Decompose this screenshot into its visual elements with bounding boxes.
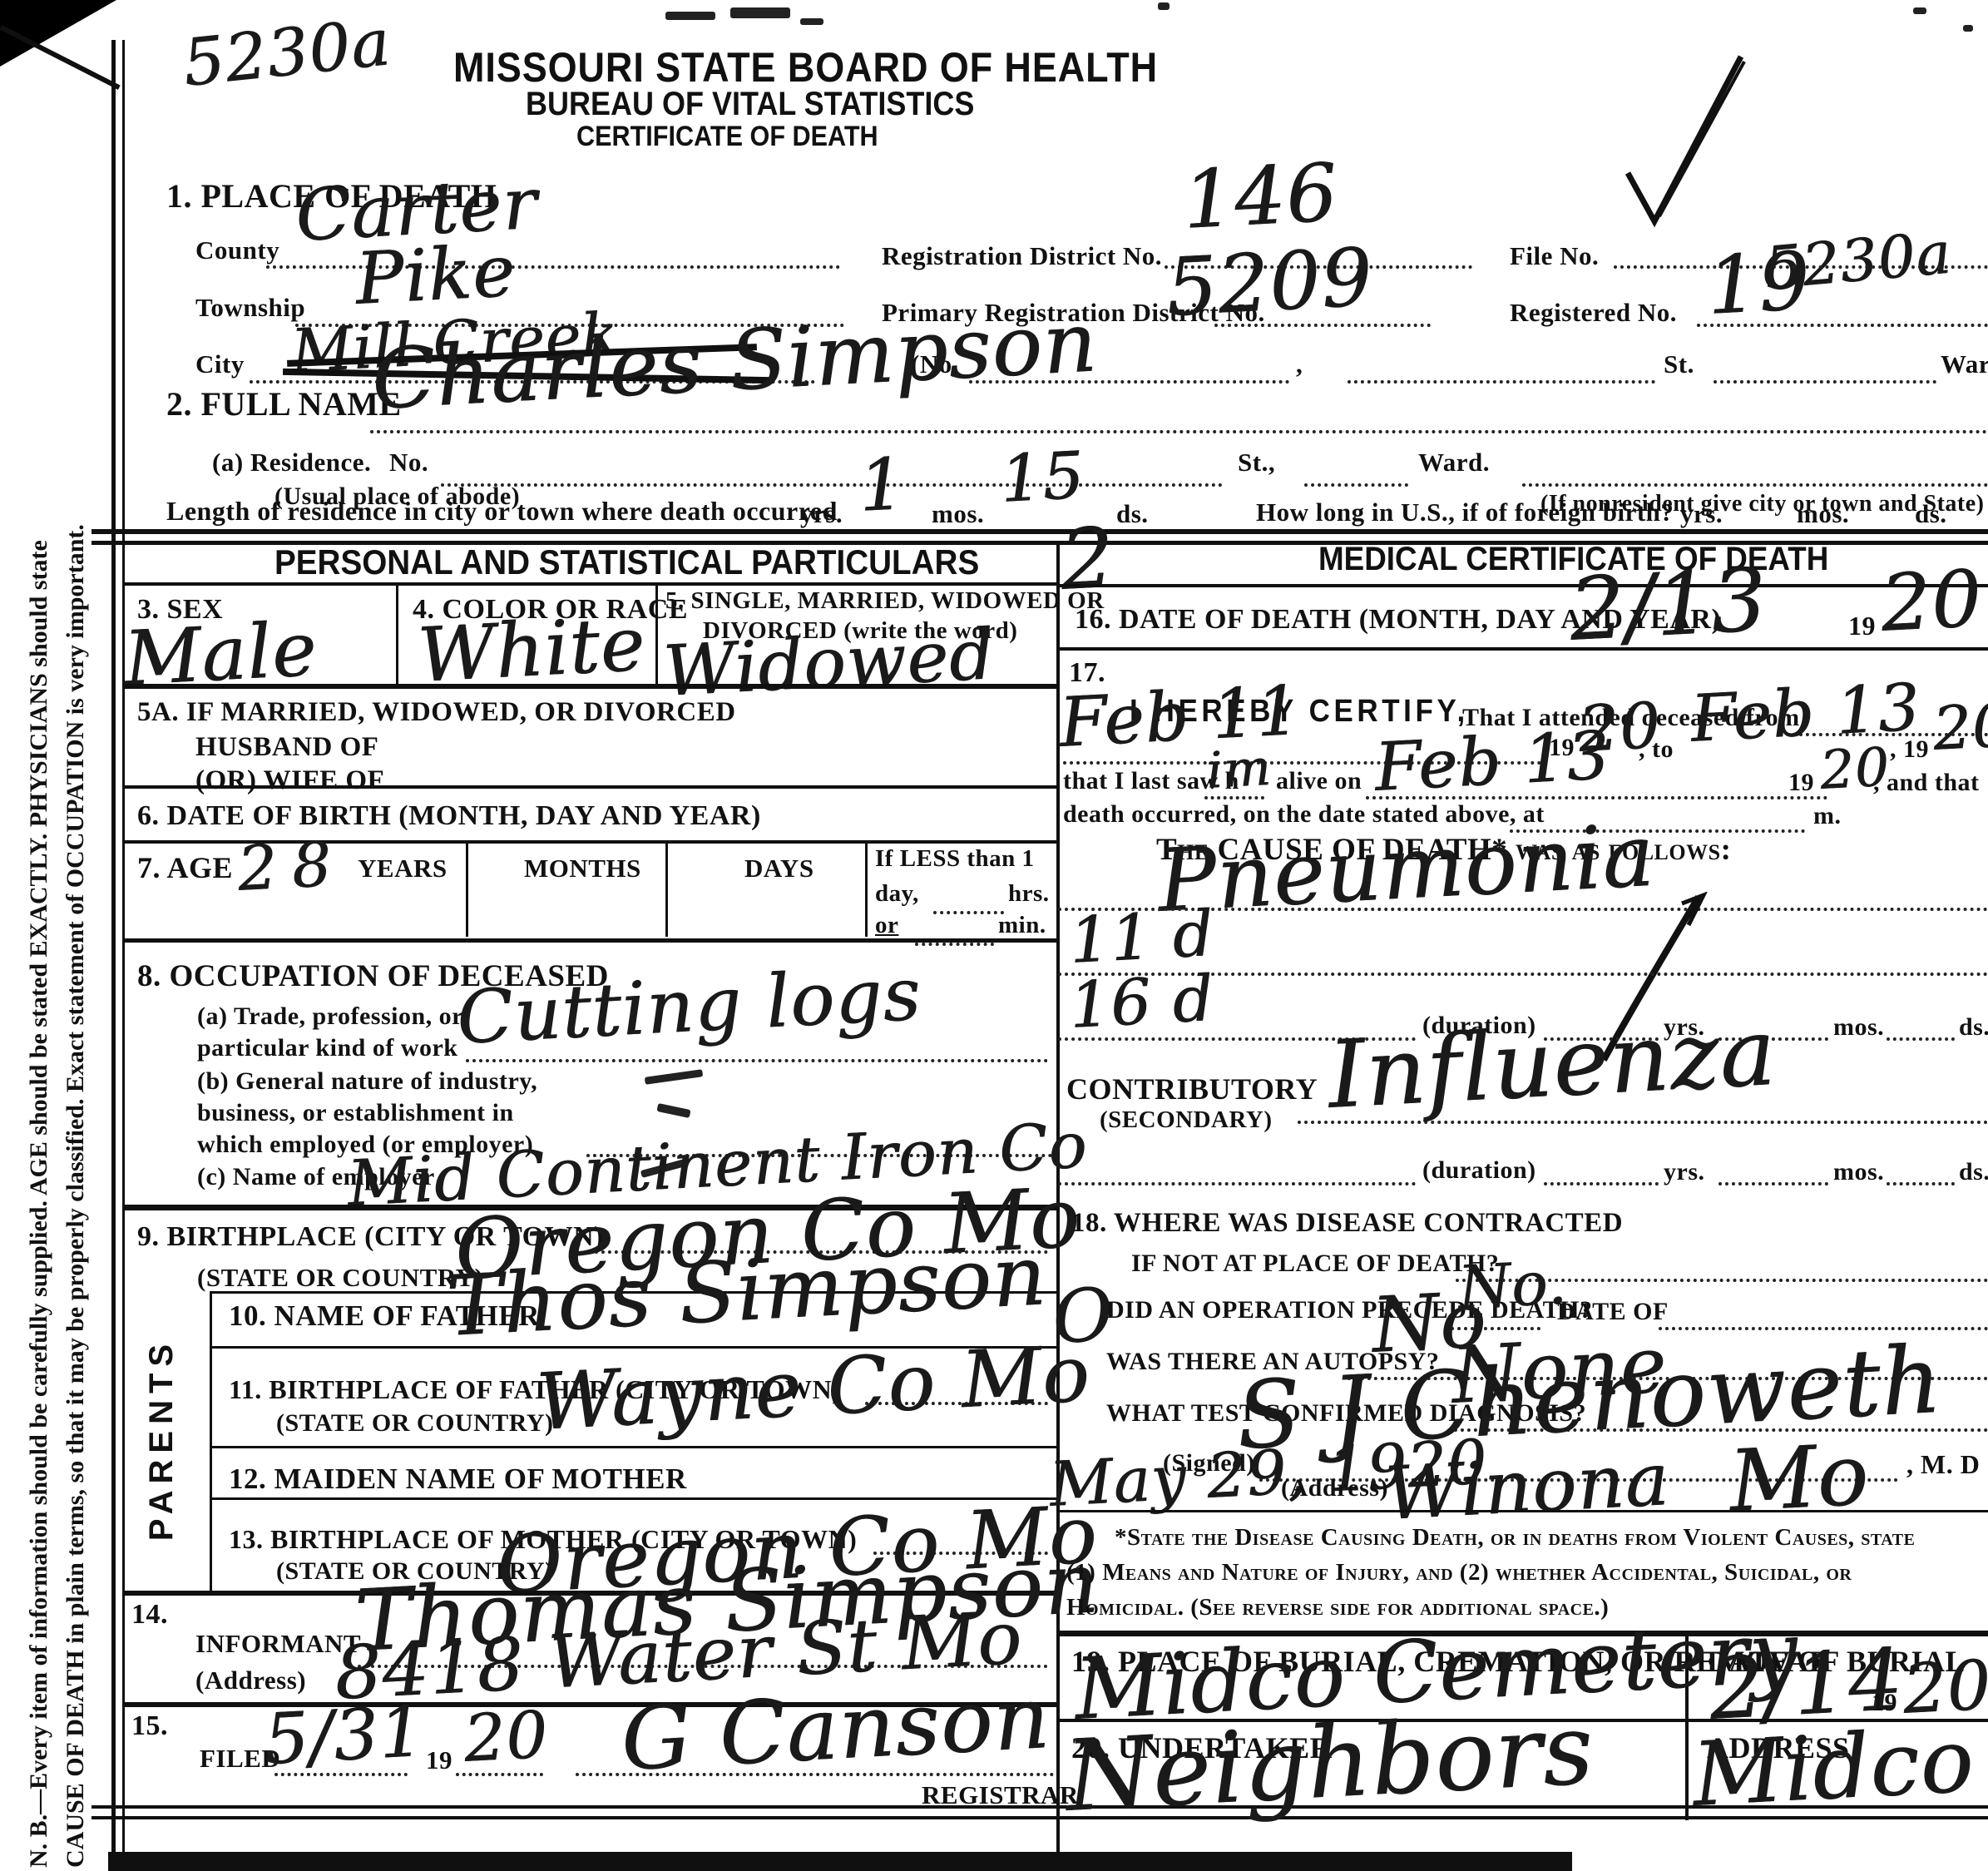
residence-label: (a) Residence. (212, 448, 371, 478)
trade-label-line2: particular kind of work (197, 1034, 457, 1062)
length-ds-label: ds. (1116, 499, 1149, 529)
form-left-border-inner (122, 40, 125, 1871)
residence-ward-label: Ward. (1418, 448, 1490, 478)
to-year-printed: , 19 (1890, 735, 1929, 764)
contributory-value: Influenza (1325, 998, 1778, 1130)
informant-number: 14. (131, 1599, 168, 1631)
ink-smudge (645, 1069, 704, 1085)
contributory-yrs-label: yrs. (1664, 1158, 1705, 1186)
contributory-duration-line-2 (1718, 1178, 1828, 1185)
scan-speck (800, 18, 823, 25)
residence-line-2 (1304, 479, 1408, 487)
date-of-birth-label: 6. DATE OF BIRTH (MONTH, DAY AND YEAR) (137, 800, 761, 832)
contributory-label: CONTRIBUTORY (1066, 1072, 1318, 1106)
signed-address-label: (Address) (1281, 1474, 1388, 1502)
age-months-label: MONTHS (524, 854, 641, 884)
length-mos-value: 15 (998, 438, 1086, 517)
how-long-us-label: How long in U.S., if of foreign birth? (1256, 497, 1674, 527)
us-ds-label: ds. (1915, 499, 1947, 529)
footnote-line1: *State the Disease Causing Death, or in … (1115, 1524, 1915, 1552)
if-married-label: 5A. IF MARRIED, WIDOWED, OR DIVORCED (137, 697, 736, 728)
city-line-2 (1348, 376, 1655, 384)
contributory-duration-dots (1058, 1178, 1416, 1185)
ward-label: Ward) (1941, 349, 1988, 379)
contributory-duration-label: (duration) (1422, 1156, 1536, 1185)
parents-gutter-line (210, 1291, 212, 1591)
cause-mos-label: mos. (1833, 1013, 1884, 1042)
husband-of-label: HUSBAND OF (195, 732, 378, 763)
wife-of-label: (OR) WIFE OF (195, 765, 384, 796)
alive-year-printed: 19 (1788, 769, 1814, 797)
signed-address-city: Winona (1383, 1436, 1672, 1537)
age-days-label: DAYS (744, 854, 814, 884)
scan-speck (730, 7, 790, 18)
alive-on-text: alive on (1276, 767, 1362, 795)
industry-label-line2: business, or establishment in (197, 1099, 514, 1127)
row345-bottom-rule (125, 684, 1058, 689)
scan-speck (665, 12, 715, 20)
signed-bottom-rule (1058, 1510, 1988, 1512)
if-less-hrs-line (933, 907, 1004, 914)
scan-speck (1913, 7, 1926, 14)
if-less-line1: If LESS than 1 (875, 845, 1035, 873)
page-mark-annotation: 2 (1058, 509, 1117, 609)
no-comma: , (1296, 349, 1303, 379)
st-line (1714, 376, 1936, 384)
length-of-residence-label: Length of residence in city or town wher… (166, 496, 838, 527)
date-of-death-value: 2/13 (1567, 549, 1770, 661)
ink-smudge (656, 1103, 690, 1118)
to-year-value: 20 (1931, 690, 1988, 764)
date-of-death-year-printed: 19 (1848, 611, 1876, 641)
contributory-ds-label: ds. (1959, 1158, 1988, 1186)
contributory-duration-line-1 (1544, 1178, 1659, 1185)
secondary-label: (SECONDARY) (1100, 1106, 1272, 1134)
county-line (266, 261, 840, 269)
contributory-duration-line-3 (1887, 1178, 1955, 1185)
filed-year-printed: 19 (426, 1745, 452, 1775)
personal-title-rule (125, 582, 1058, 586)
age-bottom-rule (125, 938, 1058, 943)
cause-ds-label: ds. (1959, 1013, 1988, 1042)
certificate-title: CERTIFICATE OF DEATH (576, 121, 878, 153)
cause-duration-line-3 (1887, 1033, 1955, 1041)
board-title: MISSOURI STATE BOARD OF HEALTH (453, 43, 1158, 92)
age-years-label: YEARS (358, 854, 448, 884)
if-less-min: min. (998, 912, 1046, 939)
full-name-label: 2. FULL NAME (166, 384, 402, 423)
date-of-death-year-value: 20 (1878, 554, 1984, 650)
father-birthplace-state-label: (STATE OR COUNTRY) (276, 1409, 554, 1438)
death-certificate-scan: N. B.—Every item of information should b… (0, 0, 1988, 1871)
if-less-day: day, (875, 880, 919, 908)
age-divider-1 (466, 844, 468, 937)
m-label: m. (1813, 802, 1842, 830)
scan-corner-line (0, 25, 121, 90)
scan-speck (1963, 25, 1973, 32)
filed-number: 15. (131, 1710, 168, 1742)
m5a-bottom-rule (125, 785, 1058, 789)
residence-st-label: St., (1238, 448, 1275, 478)
form-left-border-outer (111, 40, 116, 1871)
dod-bottom-rule (1058, 647, 1988, 651)
if-less-or: or (875, 912, 898, 939)
personal-section-title: PERSONAL AND STATISTICAL PARTICULARS (274, 542, 979, 582)
if-not-at-place-label: IF NOT AT PLACE OF DEATH? (1131, 1250, 1499, 1278)
disease-contracted-label: 18. WHERE WAS DISEASE CONTRACTED (1071, 1208, 1623, 1239)
margin-note-line1: N. B.—Every item of information should b… (25, 108, 53, 1868)
margin-note-line2: CAUSE OF DEATH in plain terms, so that i… (62, 108, 90, 1868)
sex-color-divider (396, 586, 398, 684)
st-label: St. (1664, 349, 1694, 379)
age-value: 28 (235, 828, 347, 905)
registration-district-label: Registration District No. (882, 241, 1162, 271)
registered-no-label: Registered No. (1510, 298, 1677, 328)
informant-address-label: (Address) (195, 1666, 306, 1695)
filed-date-value: 5/31 (262, 1690, 427, 1780)
birthplace-state-label: (STATE OR COUNTRY) (197, 1263, 483, 1293)
if-less-hrs: hrs. (1008, 880, 1050, 908)
md-label: , M. D (1906, 1449, 1980, 1480)
alive-date-value: Feb 13 (1372, 716, 1611, 806)
industry-label-line1: (b) General nature of industry, (197, 1067, 537, 1096)
residence-no-line (441, 479, 1223, 487)
certify-to-text: , to (1639, 735, 1674, 764)
cause-note-2: 16 d (1067, 961, 1215, 1042)
scan-speck (1158, 2, 1170, 10)
age-divider-3 (865, 844, 868, 937)
him-value: im (1204, 739, 1273, 800)
footnote-line2: (1) Means and Nature of Injury, and (2) … (1066, 1559, 1852, 1586)
age-label: 7. AGE (137, 850, 233, 885)
full-name-line (370, 426, 1988, 433)
city-label: City (195, 349, 245, 379)
parents-side-label: PARENTS (143, 1291, 181, 1587)
registered-no-value: 19 (1704, 235, 1812, 333)
and-that-text: , and that (1873, 769, 1980, 797)
us-mos-label: mos. (1797, 499, 1849, 529)
mother-maiden-label: 12. MAIDEN NAME OF MOTHER (229, 1463, 687, 1496)
trade-label-line1: (a) Trade, profession, or (197, 1002, 463, 1031)
top-section-rule-1 (91, 529, 1988, 534)
marital-label-line1: 5. SINGLE, MARRIED, WIDOWED OR (665, 587, 1105, 615)
medical-title-rule (1058, 584, 1988, 587)
us-yrs-label: yrs. (1680, 499, 1723, 529)
filed-year-value: 20 (462, 1698, 550, 1777)
contributory-mos-label: mos. (1833, 1158, 1884, 1186)
check-mark (1618, 50, 1751, 233)
age-divider-2 (665, 844, 668, 937)
registration-district-value: 146 (1180, 146, 1340, 247)
length-mos-label: mos. (932, 499, 984, 529)
bureau-title: BUREAU OF VITAL STATISTICS (526, 86, 974, 123)
length-yrs-label: yrs. (800, 499, 843, 529)
primary-registration-value: 5209 (1164, 230, 1375, 334)
residence-no-label: No. (389, 448, 428, 478)
signed-address-state: Mo (1727, 1425, 1872, 1532)
certificate-number-annotation: 5230a (180, 5, 394, 101)
trade-line (466, 1055, 1048, 1062)
file-no-label: File No. (1510, 241, 1599, 271)
bottom-scan-bar (108, 1852, 1572, 1871)
him-line (1204, 792, 1264, 799)
registrar-label: REGISTRAR (922, 1780, 1079, 1810)
residence-line-3 (1522, 479, 1988, 487)
father-bp-bottom-rule (210, 1446, 1058, 1448)
length-yrs-value: 1 (857, 443, 907, 528)
